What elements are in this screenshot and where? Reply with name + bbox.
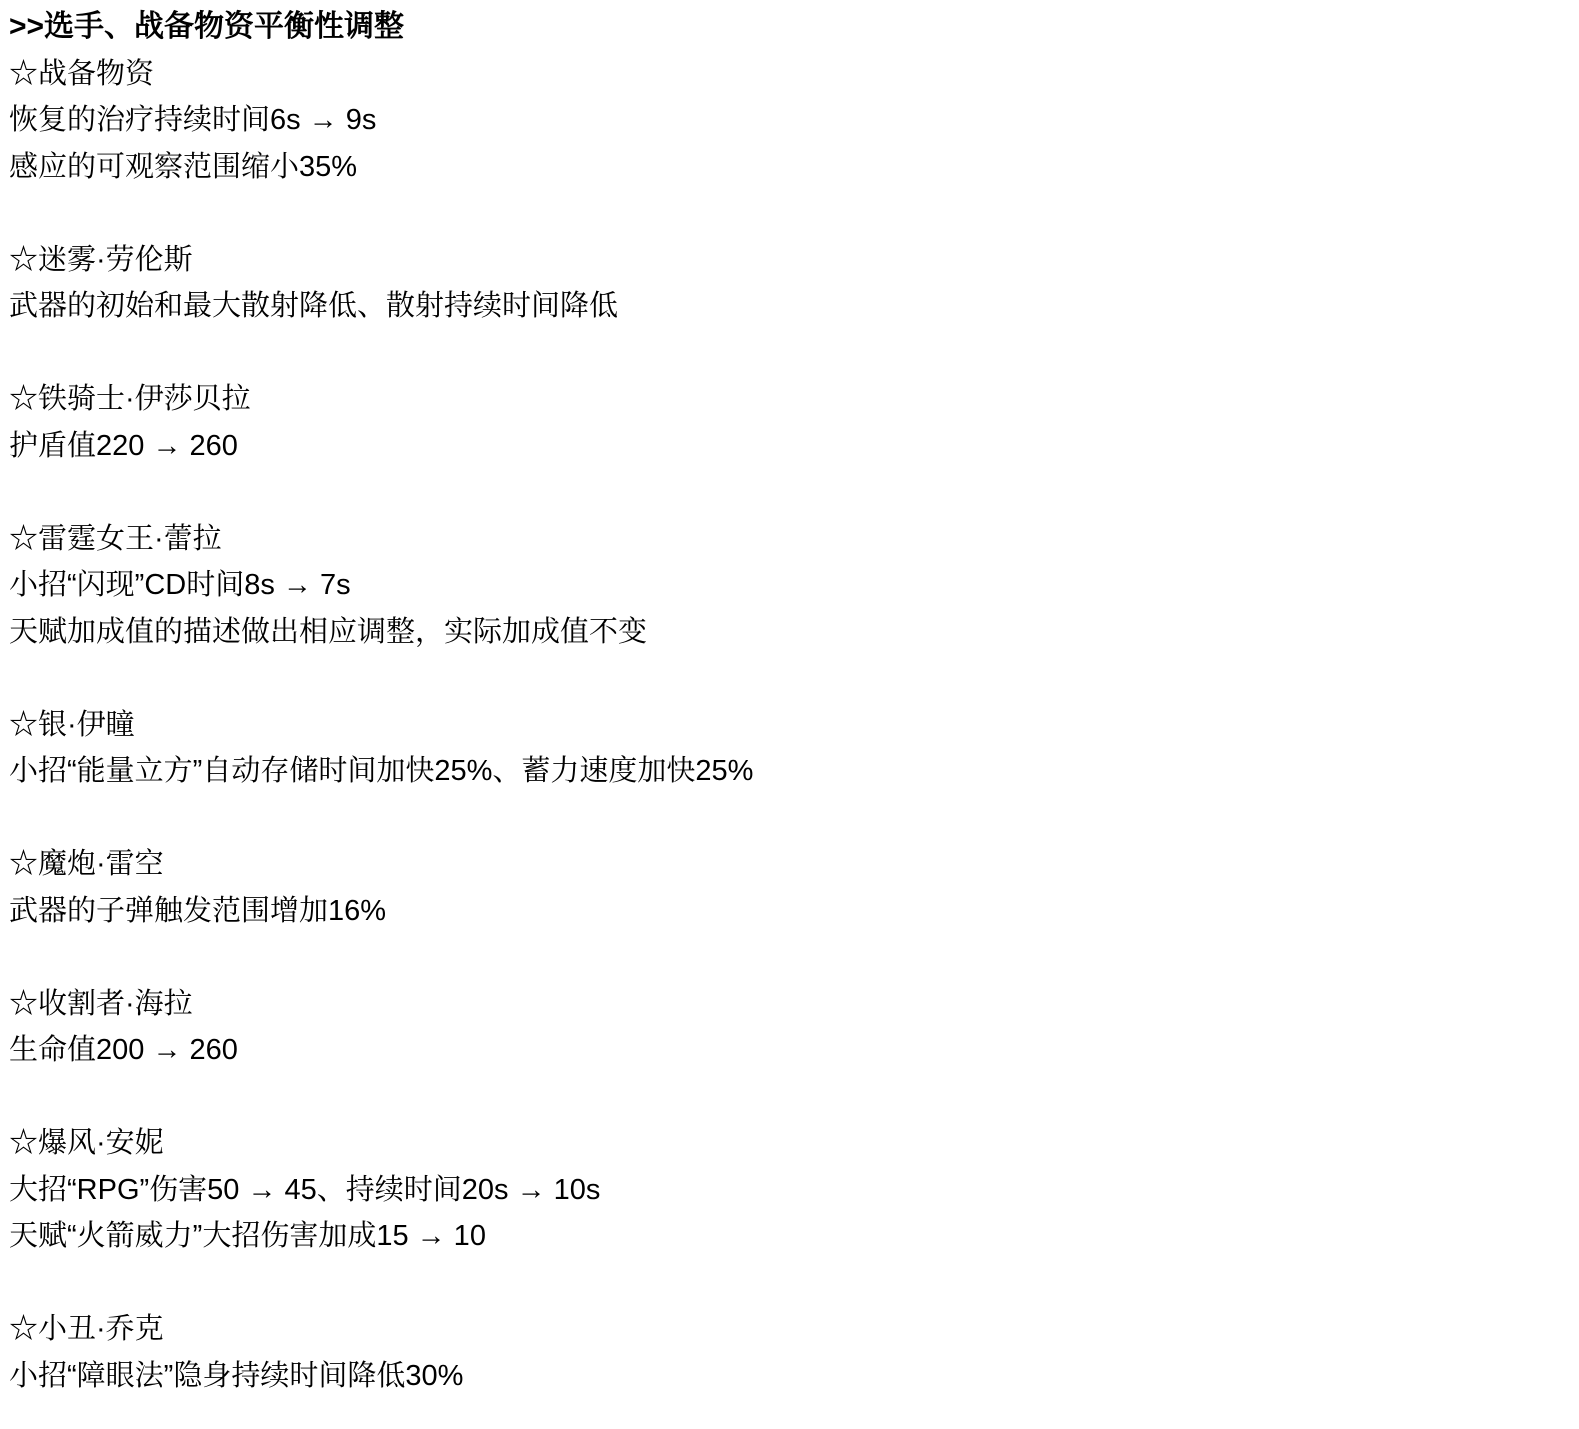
change-line: 小招“能量立方”自动存储时间加快25%、蓄力速度加快25% — [9, 748, 1559, 795]
section-silver-yitong: ☆银·伊瞳 小招“能量立方”自动存储时间加快25%、蓄力速度加快25% — [9, 702, 1559, 795]
section-supplies: ☆战备物资 恢复的治疗持续时间6s → 9s 感应的可观察范围缩小35% — [9, 51, 1559, 191]
section-name: 收割者·海拉 — [38, 988, 193, 1020]
section-heading: ☆爆风·安妮 — [9, 1120, 1559, 1167]
section-thunderqueen-leila: ☆雷霆女王·蕾拉 小招“闪现”CD时间8s → 7s 天赋加成值的描述做出相应调… — [9, 516, 1559, 656]
section-reaper-haila: ☆收割者·海拉 生命值200 → 260 — [9, 981, 1559, 1074]
section-name: 爆风·安妮 — [38, 1127, 164, 1159]
section-blastwind-annie: ☆爆风·安妮 大招“RPG”伤害50 → 45、持续时间20s → 10s 天赋… — [9, 1120, 1559, 1260]
star-icon: ☆ — [9, 988, 38, 1020]
star-icon: ☆ — [9, 1313, 38, 1345]
section-heading: ☆魔炮·雷空 — [9, 841, 1559, 888]
change-line: 天赋加成值的描述做出相应调整，实际加成值不变 — [9, 609, 1559, 656]
section-heading: ☆小丑·乔克 — [9, 1306, 1559, 1353]
section-name: 雷霆女王·蕾拉 — [38, 523, 222, 555]
change-line: 感应的可观察范围缩小35% — [9, 144, 1559, 191]
page-title: >>选手、战备物资平衡性调整 — [9, 4, 1559, 51]
section-heading: ☆雷霆女王·蕾拉 — [9, 516, 1559, 563]
star-icon: ☆ — [9, 523, 38, 555]
star-icon: ☆ — [9, 383, 38, 415]
section-name: 银·伊瞳 — [38, 709, 135, 741]
change-line: 小招“障眼法”隐身持续时间降低30% — [9, 1353, 1559, 1400]
change-line: 武器的子弹触发范围增加16% — [9, 888, 1559, 935]
section-name: 魔炮·雷空 — [38, 848, 164, 880]
section-heading: ☆银·伊瞳 — [9, 702, 1559, 749]
section-heading: ☆铁骑士·伊莎贝拉 — [9, 376, 1559, 423]
section-heading: ☆收割者·海拉 — [9, 981, 1559, 1028]
section-ironknight-isabella: ☆铁骑士·伊莎贝拉 护盾值220 → 260 — [9, 376, 1559, 469]
patch-notes-page: >>选手、战备物资平衡性调整 ☆战备物资 恢复的治疗持续时间6s → 9s 感应… — [0, 0, 1579, 1429]
section-mist-lawrence: ☆迷雾·劳伦斯 武器的初始和最大散射降低、散射持续时间降低 — [9, 237, 1559, 330]
star-icon: ☆ — [9, 709, 38, 741]
change-line: 恢复的治疗持续时间6s → 9s — [9, 97, 1559, 144]
change-line: 生命值200 → 260 — [9, 1027, 1559, 1074]
section-magiccannon-leikong: ☆魔炮·雷空 武器的子弹触发范围增加16% — [9, 841, 1559, 934]
change-line: 天赋“火箭威力”大招伤害加成15 → 10 — [9, 1213, 1559, 1260]
star-icon: ☆ — [9, 1127, 38, 1159]
star-icon: ☆ — [9, 848, 38, 880]
section-clown-qiaoke: ☆小丑·乔克 小招“障眼法”隐身持续时间降低30% — [9, 1306, 1559, 1399]
section-name: 铁骑士·伊莎贝拉 — [38, 383, 251, 415]
change-line: 小招“闪现”CD时间8s → 7s — [9, 562, 1559, 609]
change-line: 护盾值220 → 260 — [9, 423, 1559, 470]
section-name: 迷雾·劳伦斯 — [38, 244, 193, 276]
star-icon: ☆ — [9, 244, 38, 276]
section-heading: ☆战备物资 — [9, 51, 1559, 98]
section-name: 小丑·乔克 — [38, 1313, 164, 1345]
change-line: 武器的初始和最大散射降低、散射持续时间降低 — [9, 283, 1559, 330]
star-icon: ☆ — [9, 58, 38, 90]
section-name: 战备物资 — [38, 58, 154, 90]
section-heading: ☆迷雾·劳伦斯 — [9, 237, 1559, 284]
change-line: 大招“RPG”伤害50 → 45、持续时间20s → 10s — [9, 1167, 1559, 1214]
